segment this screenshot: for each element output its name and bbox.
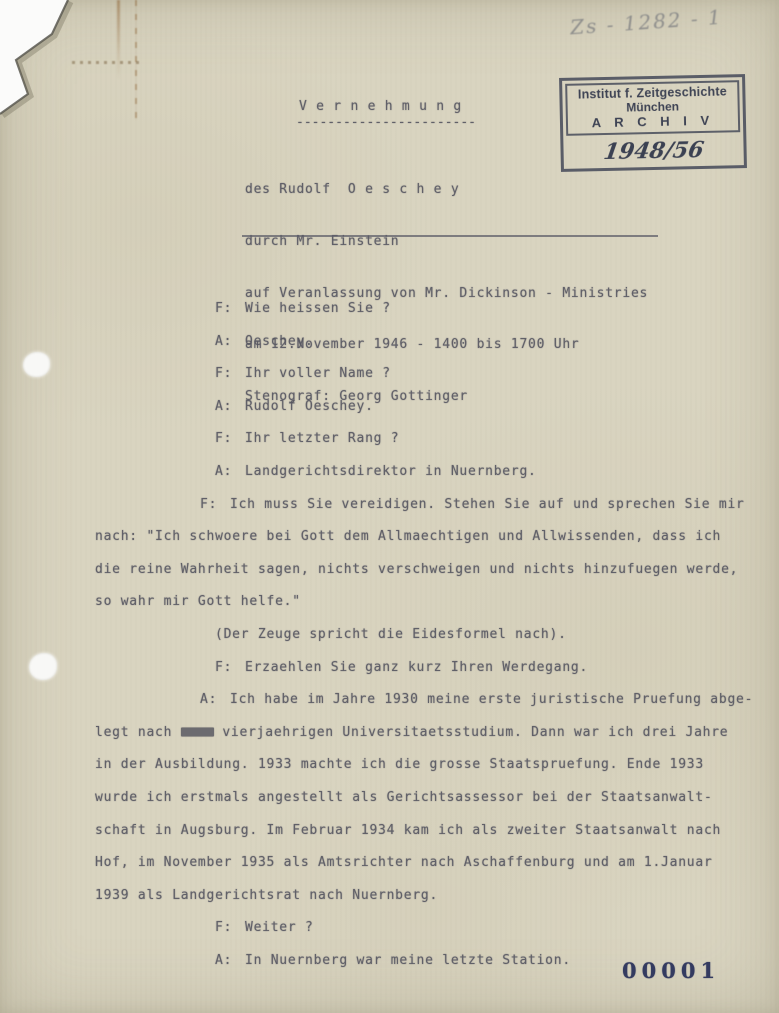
line-text: Ich habe im Jahre 1930 meine erste juris… [230,692,753,707]
transcript-line: (Der Zeuge spricht die Eidesformel nach)… [95,619,743,652]
archive-stamp-inner-box: Institut f. Zeitgeschichte München A R C… [565,80,740,136]
transcript-line: F:Wie heissen Sie ? [95,293,743,326]
line-text: Rudolf Oeschey. [245,399,374,414]
transcript-line-with-redaction: legt nach vierjaehrigen Universitaetsstu… [95,717,743,750]
transcript-line: F:Ihr voller Name ? [95,358,743,391]
transcript-line: A:Rudolf Oeschey. [95,391,743,424]
transcript-line: die reine Wahrheit sagen, nichts verschw… [95,554,743,587]
line-text: Oeschey. [245,334,314,349]
line-text: Hof, im November 1935 als Amtsrichter na… [95,855,713,870]
line-text: vierjaehrigen Universitaetsstudium. Dann… [214,725,729,740]
speaker-label: F: [200,489,230,522]
line-text: Weiter ? [245,920,314,935]
speaker-label: A: [200,684,230,717]
paper-stain-streak [117,0,120,80]
transcript-line: schaft in Augsburg. Im Februar 1934 kam … [95,815,743,848]
header-rule [242,232,658,237]
typewriter-strikeout [181,727,214,736]
transcript-line: 1939 als Landgerichtsrat nach Nuernberg. [95,880,743,913]
transcript-line: F:Ich muss Sie vereidigen. Stehen Sie au… [95,489,743,522]
line-text: wurde ich erstmals angestellt als Gerich… [95,790,713,805]
line-text: Ich muss Sie vereidigen. Stehen Sie auf … [230,497,745,512]
line-text: 1939 als Landgerichtsrat nach Nuernberg. [95,888,438,903]
transcript-line: A:Landgerichtsdirektor in Nuernberg. [95,456,743,489]
stamp-archiv-line: A R C H I V [570,112,736,130]
speaker-label: A: [215,945,245,978]
transcript-line: A:Ich habe im Jahre 1930 meine erste jur… [95,684,743,717]
speaker-label: F: [215,912,245,945]
punch-hole-top [23,352,50,377]
line-text: Erzaehlen Sie ganz kurz Ihren Werdegang. [245,660,588,675]
line-text: legt nach [95,725,181,740]
line-text: schaft in Augsburg. Im Februar 1934 kam … [95,823,721,838]
line-text: In Nuernberg war meine letzte Station. [245,953,571,968]
line-text: (Der Zeuge spricht die Eidesformel nach)… [215,627,567,642]
transcript-line: F:Erzaehlen Sie ganz kurz Ihren Werdegan… [95,652,743,685]
speaker-label: F: [215,652,245,685]
line-text: nach: "Ich schwoere bei Gott dem Allmaec… [95,529,721,544]
scanned-document-page: Zs - 1282 - 1 Institut f. Zeitgeschichte… [0,0,779,1013]
transcript-line: Hof, im November 1935 als Amtsrichter na… [95,847,743,880]
speaker-label: F: [215,293,245,326]
line-text: die reine Wahrheit sagen, nichts verschw… [95,562,738,577]
transcript-line: wurde ich erstmals angestellt als Gerich… [95,782,743,815]
punch-hole-bottom [29,653,57,680]
line-text: Ihr letzter Rang ? [245,431,399,446]
line-text: Landgerichtsdirektor in Nuernberg. [245,464,537,479]
header-line-subject: des Rudolf O e s c h e y [245,181,648,198]
speaker-label: F: [215,358,245,391]
speaker-label: A: [215,391,245,424]
paper-stain-dots [72,61,144,64]
line-text: so wahr mir Gott helfe." [95,594,301,609]
transcript-line: F:Ihr letzter Rang ? [95,423,743,456]
line-text: in der Ausbildung. 1933 machte ich die g… [95,757,704,772]
transcript-line: A:Oeschey. [95,326,743,359]
line-text: Ihr voller Name ? [245,366,391,381]
paper-stain-streak [135,0,137,120]
speaker-label: F: [215,423,245,456]
transcript-line: so wahr mir Gott helfe." [95,586,743,619]
document-title: V e r n e h m u n g [299,99,462,114]
speaker-label: A: [215,326,245,359]
title-underline: ----------------------- [296,115,476,130]
transcript-line: nach: "Ich schwoere bei Gott dem Allmaec… [95,521,743,554]
speaker-label: A: [215,456,245,489]
line-text: Wie heissen Sie ? [245,301,391,316]
transcript-line: in der Ausbildung. 1933 machte ich die g… [95,749,743,782]
transcript-line: F:Weiter ? [95,912,743,945]
transcript-body: F:Wie heissen Sie ? A:Oeschey. F:Ihr vol… [95,293,743,977]
page-number-stamp: 00001 [622,958,720,983]
